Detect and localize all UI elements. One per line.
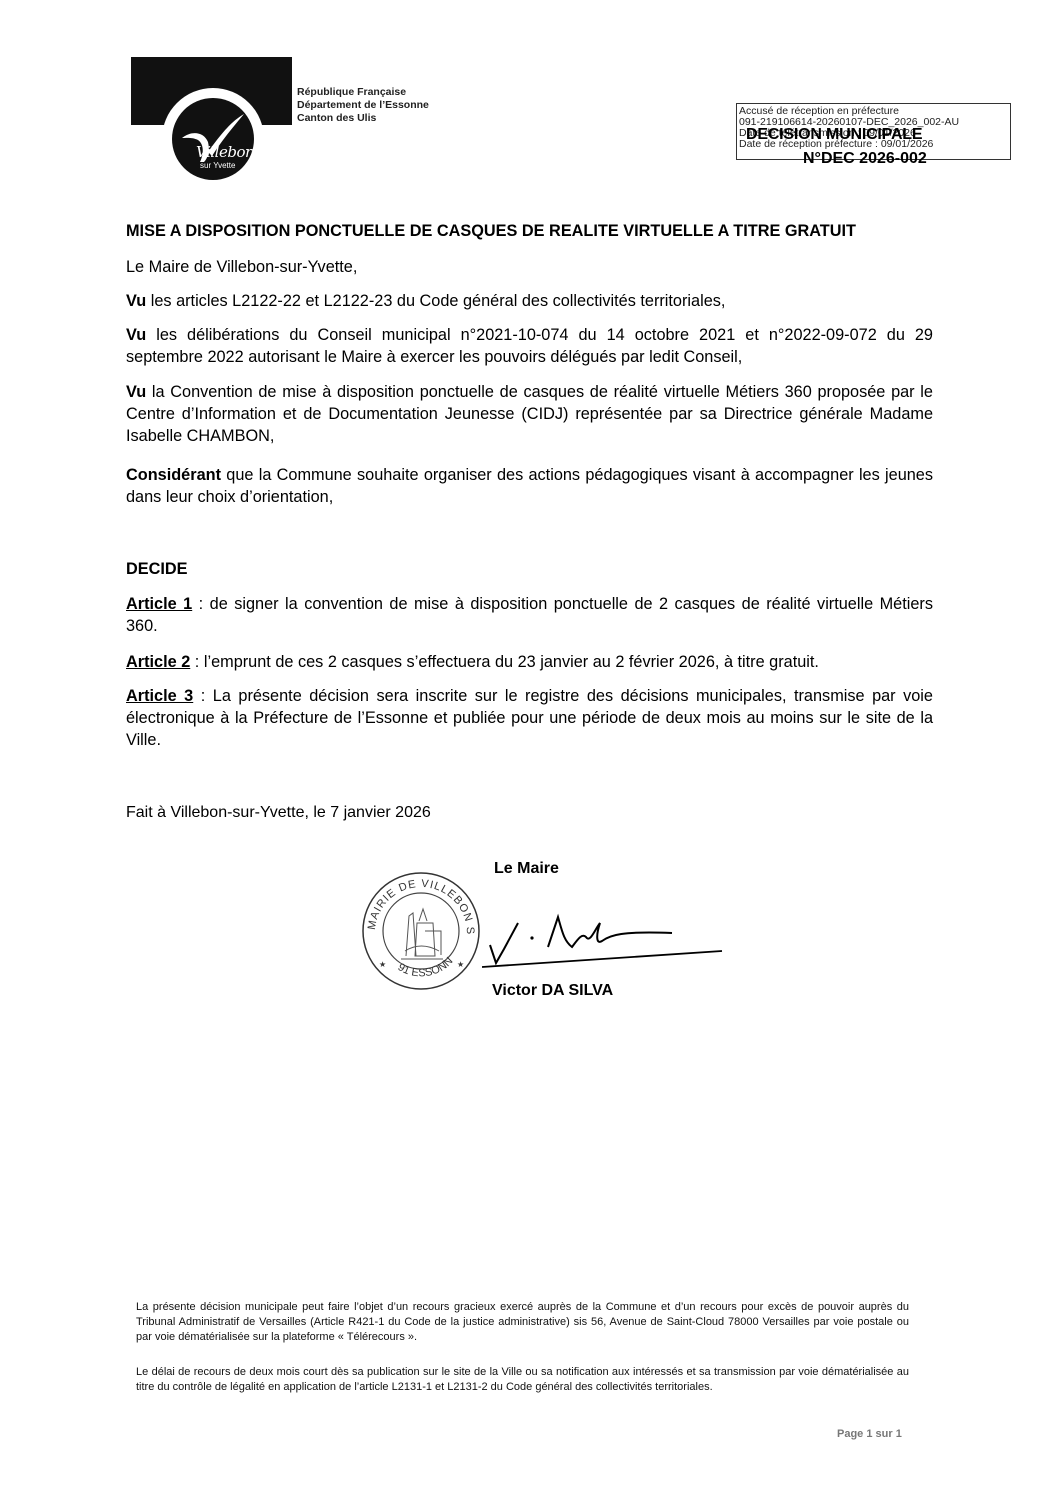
svg-text:★: ★ [379,960,386,969]
article-label: Article 3 [126,687,193,705]
consideration-text: les délibérations du Conseil municipal n… [126,326,933,366]
consideration-lead: Vu [126,326,146,344]
consideration-lead: Considérant [126,466,221,484]
article-text: : de signer la convention de mise à disp… [126,595,933,635]
consideration-4: Considérant que la Commune souhaite orga… [126,464,933,508]
article-1: Article 1 : de signer la convention de m… [126,593,933,637]
article-text: : La présente décision sera inscrite sur… [126,687,933,749]
town-seal-icon: MAIRIE DE VILLEBON SUR YVETTE 91 ESSONNE… [361,871,481,991]
intro-line: Le Maire de Villebon-sur-Yvette, [126,256,933,278]
signatory-name: Victor DA SILVA [492,982,613,1000]
place-and-date: Fait à Villebon-sur-Yvette, le 7 janvier… [126,802,933,824]
decision-title: DECISION MUNICIPALE [746,126,922,144]
document-subject: MISE A DISPOSITION PONCTUELLE DE CASQUES… [126,220,933,242]
header-line-republic: République Française [297,86,429,99]
article-label: Article 2 [126,653,190,671]
article-text: : l’emprunt de ces 2 casques s’effectuer… [190,653,819,671]
header-line-department: Département de l’Essonne [297,99,429,112]
consideration-text: que la Commune souhaite organiser des ac… [126,466,933,506]
page-number: Page 1 sur 1 [837,1428,902,1440]
consideration-1: Vu les articles L2122-22 et L2122-23 du … [126,290,933,312]
logo-town-name: Villebon [196,145,254,160]
article-2: Article 2 : l’emprunt de ces 2 casques s… [126,651,933,673]
villebon-logo-icon: Villebon sur Yvette [131,57,292,187]
decide-heading: DECIDE [126,558,933,580]
administrative-header: République Française Département de l’Es… [297,86,429,125]
article-label: Article 1 [126,595,192,613]
consideration-3: Vu la Convention de mise à disposition p… [126,381,933,447]
consideration-text: la Convention de mise à disposition ponc… [126,383,933,445]
svg-text:★: ★ [457,960,464,969]
consideration-lead: Vu [126,292,146,310]
consideration-lead: Vu [126,383,146,401]
logo-disc: Villebon sur Yvette [172,98,254,180]
appeal-notice: La présente décision municipale peut fai… [136,1300,909,1345]
appeal-deadline-notice: Le délai de recours de deux mois court d… [136,1365,909,1395]
logo-subtitle: sur Yvette [200,162,235,170]
article-3: Article 3 : La présente décision sera in… [126,685,933,751]
consideration-text: les articles L2122-22 et L2122-23 du Cod… [146,292,725,310]
consideration-2: Vu les délibérations du Conseil municipa… [126,324,933,368]
header-line-canton: Canton des Ulis [297,112,429,125]
decision-number: N°DEC 2026-002 [803,150,927,168]
document-page: Villebon sur Yvette République Française… [0,0,1058,1497]
mayor-signature [482,905,727,975]
signatory-role: Le Maire [494,860,559,878]
